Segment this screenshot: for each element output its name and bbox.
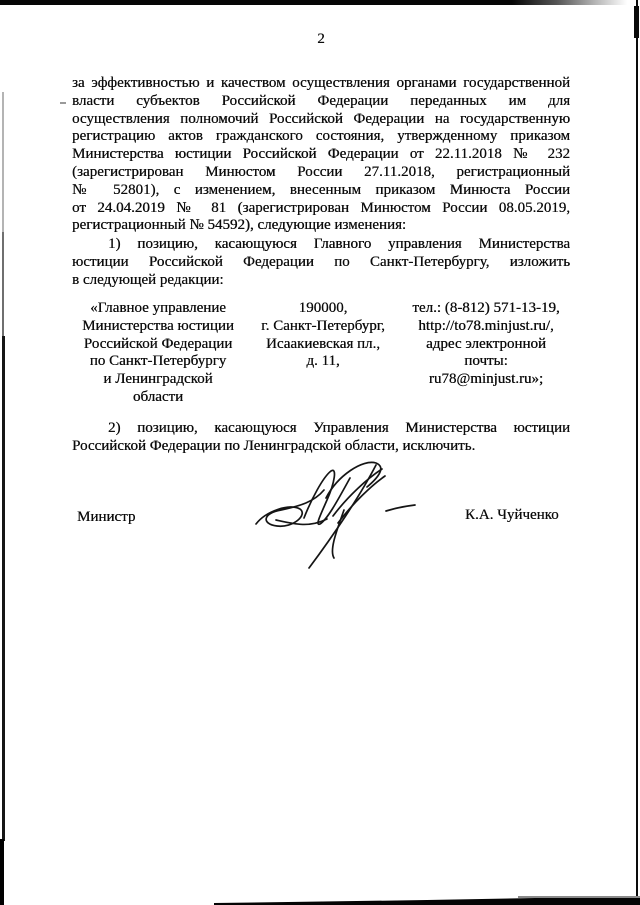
table-cell-line: почты:: [402, 353, 570, 371]
table-cell-line: области: [72, 389, 244, 407]
office-name-column: «Главное управление Министерства юстиции…: [72, 300, 244, 407]
paragraph-line: осуществления полномочий Российской Феде…: [72, 111, 570, 129]
table-cell-line: Исаакиевская пл.,: [244, 336, 402, 354]
table-cell-line: ru78@minjust.ru»;: [402, 371, 570, 389]
table-cell-line: д. 11,: [244, 353, 402, 371]
document-page: 2 за эффективностью и качеством осуществ…: [0, 0, 640, 905]
scan-speck-dash: [60, 102, 66, 104]
amendment-item-2: 2) позицию, касающуюся Управления Минист…: [72, 420, 570, 456]
scan-edge-left-bottom: [0, 839, 4, 905]
table-cell-line: http://to78.minjust.ru/,: [402, 318, 570, 336]
contacts-column: тел.: (8-812) 571-13-19, http://to78.min…: [402, 300, 570, 407]
minister-name: К.А. Чуйченко: [465, 507, 559, 525]
scan-edge-top: [0, 0, 640, 5]
paragraph-line: власти субъектов Российской Федерации пе…: [72, 93, 570, 111]
address-column: 190000, г. Санкт-Петербург, Исаакиевская…: [244, 300, 402, 407]
continuation-paragraph: за эффективностью и качеством осуществле…: [72, 75, 570, 235]
minister-signature: [248, 456, 420, 572]
scan-edge-left-dark: [2, 336, 5, 841]
table-cell-line: Российской Федерации: [72, 336, 244, 354]
paragraph-line: регистрационный № 54592), следующие изме…: [72, 217, 570, 235]
table-cell-line: тел.: (8-812) 571-13-19,: [402, 300, 570, 318]
registry-table: «Главное управление Министерства юстиции…: [72, 300, 570, 407]
scan-edge-left-light: [2, 92, 4, 232]
paragraph-line: Министерства юстиции Российской Федераци…: [72, 146, 570, 164]
page-number: 2: [72, 31, 570, 49]
paragraph-line: от 24.04.2019 № 81 (зарегистрирован Миню…: [72, 200, 570, 218]
scan-edge-left-mid: [2, 232, 4, 336]
table-cell-line: адрес электронной: [402, 336, 570, 354]
paragraph-line: (зарегистрирован Минюстом России 27.11.2…: [72, 164, 570, 182]
amendment-item-1: 1) позицию, касающуюся Главного управлен…: [72, 236, 570, 289]
paragraph-line: регистрацию актов гражданского состояния…: [72, 128, 570, 146]
table-cell-line: 190000,: [244, 300, 402, 318]
paragraph-line: 2) позицию, касающуюся Управления Минист…: [72, 420, 570, 438]
minister-title: Министр: [77, 509, 135, 527]
table-cell-line: Министерства юстиции: [72, 318, 244, 336]
table-cell-line: по Санкт-Петербургу: [72, 353, 244, 371]
table-cell-line: и Ленинградской: [72, 371, 244, 389]
paragraph-line: в следующей редакции:: [72, 272, 570, 290]
paragraph-line: юстиции Российской Федерации по Санкт-Пе…: [72, 254, 570, 272]
paragraph-line: № 52801), с изменением, внесенным приказ…: [72, 182, 570, 200]
table-cell-line: «Главное управление: [72, 300, 244, 318]
paragraph-line: Российской Федерации по Ленинградской об…: [72, 438, 570, 456]
paragraph-line: 1) позицию, касающуюся Главного управлен…: [72, 236, 570, 254]
scan-edge-right: [636, 0, 638, 905]
scan-edge-bottom-gray: [518, 896, 640, 898]
table-cell-line: г. Санкт-Петербург,: [244, 318, 402, 336]
paragraph-line: за эффективностью и качеством осуществле…: [72, 75, 570, 93]
scan-edge-right-corner: [634, 6, 639, 38]
